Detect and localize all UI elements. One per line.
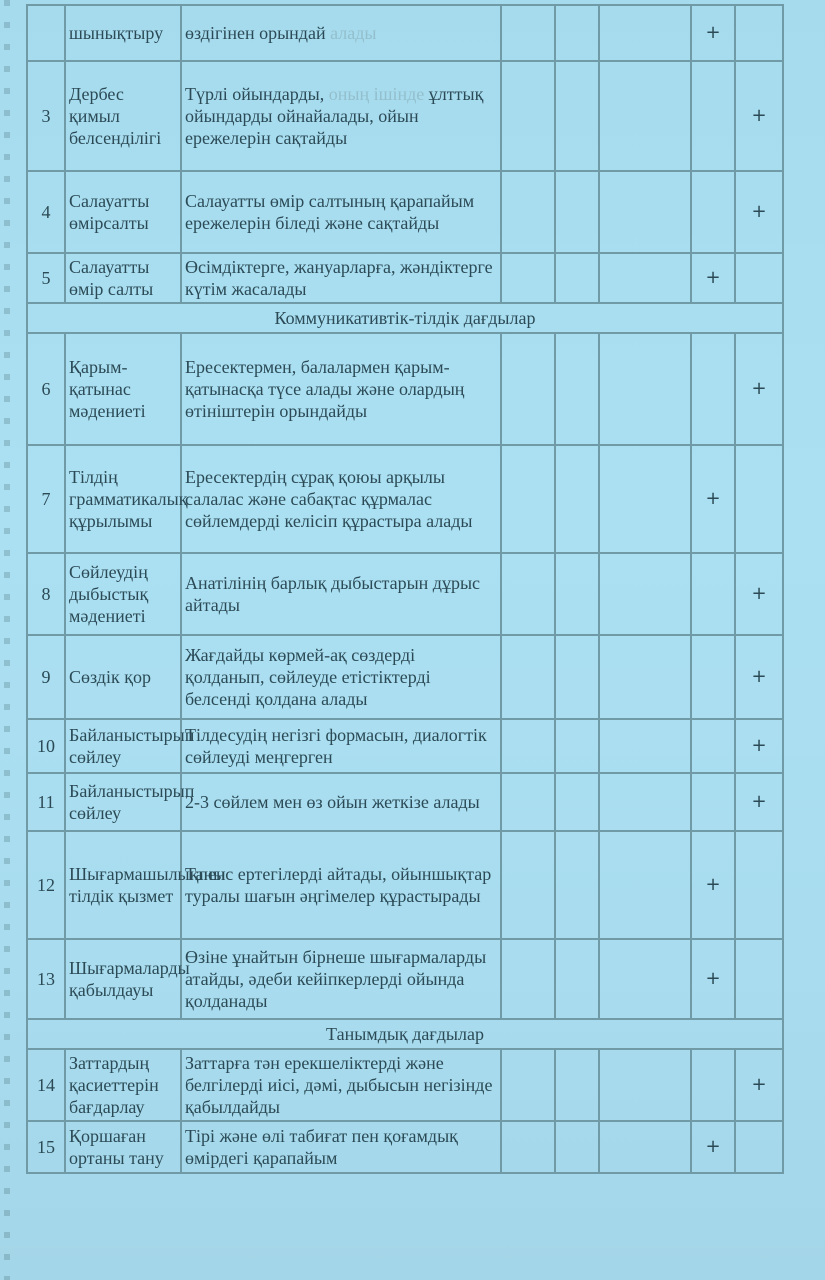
empty-mark-cell bbox=[501, 635, 555, 719]
empty-mark-cell bbox=[599, 1121, 691, 1173]
development-area: Салауатты өмірсалты bbox=[65, 171, 181, 253]
empty-mark-cell bbox=[501, 5, 555, 61]
empty-mark-cell bbox=[501, 1049, 555, 1121]
table-row: 9Сөздік қорЖағдайды көрмей-ақ сөздерді қ… bbox=[27, 635, 783, 719]
empty-mark-cell bbox=[691, 61, 735, 171]
empty-mark-cell bbox=[735, 445, 783, 553]
description-text: Жағдайды көрмей-ақ сөздерді қолданып, сө… bbox=[185, 645, 431, 709]
skill-description: Өсімдіктерге, жануарларға, жәндіктерге к… bbox=[181, 253, 501, 303]
empty-mark-cell bbox=[691, 553, 735, 635]
table-row: 10Байланыстырып сөйлеуТілдесудің негізгі… bbox=[27, 719, 783, 773]
empty-mark-cell bbox=[735, 253, 783, 303]
empty-mark-cell bbox=[691, 773, 735, 831]
skill-description: Жағдайды көрмей-ақ сөздерді қолданып, сө… bbox=[181, 635, 501, 719]
assessment-table: шынықтыруөздігінен орындай алады+3Дербес… bbox=[26, 4, 784, 1174]
plus-mark-icon: + bbox=[691, 831, 735, 939]
development-area: Сөздік қор bbox=[65, 635, 181, 719]
table-row: 6Қарым-қатынас мәдениетіЕресектермен, ба… bbox=[27, 333, 783, 445]
row-number: 7 bbox=[27, 445, 65, 553]
empty-mark-cell bbox=[735, 1121, 783, 1173]
plus-mark-icon: + bbox=[691, 939, 735, 1019]
development-area: Байланыстырып сөйлеу bbox=[65, 719, 181, 773]
development-area: Байланыстырып сөйлеу bbox=[65, 773, 181, 831]
row-number: 15 bbox=[27, 1121, 65, 1173]
section-title: Коммуникативтік-тілдік дағдылар bbox=[27, 303, 783, 333]
empty-mark-cell bbox=[501, 171, 555, 253]
row-number: 8 bbox=[27, 553, 65, 635]
development-area: Қарым-қатынас мәдениеті bbox=[65, 333, 181, 445]
empty-mark-cell bbox=[555, 831, 599, 939]
table-row: 15Қоршаған ортаны тануТірі және өлі таби… bbox=[27, 1121, 783, 1173]
empty-mark-cell bbox=[735, 831, 783, 939]
empty-mark-cell bbox=[599, 253, 691, 303]
plus-mark-icon: + bbox=[691, 1121, 735, 1173]
empty-mark-cell bbox=[735, 5, 783, 61]
description-text: өздігінен орындай bbox=[185, 23, 326, 43]
skill-description: Анатілінің барлық дыбыстарын дұрыс айтад… bbox=[181, 553, 501, 635]
description-text: Түрлі ойындарды, bbox=[185, 84, 324, 104]
table-row: 11Байланыстырып сөйлеу2-3 сөйлем мен өз … bbox=[27, 773, 783, 831]
row-number: 9 bbox=[27, 635, 65, 719]
row-number: 13 bbox=[27, 939, 65, 1019]
skill-description: 2-3 сөйлем мен өз ойын жеткізе алады bbox=[181, 773, 501, 831]
empty-mark-cell bbox=[691, 1049, 735, 1121]
table-row: 14Заттардың қасиеттерін бағдарлауЗаттарғ… bbox=[27, 1049, 783, 1121]
empty-mark-cell bbox=[501, 445, 555, 553]
row-number: 6 bbox=[27, 333, 65, 445]
plus-mark-icon: + bbox=[735, 333, 783, 445]
description-text: Өсімдіктерге, жануарларға, жәндіктерге к… bbox=[185, 257, 493, 299]
empty-mark-cell bbox=[599, 553, 691, 635]
development-area: Тілдің грамматикалық құрылымы bbox=[65, 445, 181, 553]
empty-mark-cell bbox=[599, 939, 691, 1019]
development-area: Сөйлеудің дыбыстық мәдениеті bbox=[65, 553, 181, 635]
development-area: Салауатты өмір салты bbox=[65, 253, 181, 303]
empty-mark-cell bbox=[599, 1049, 691, 1121]
plus-mark-icon: + bbox=[691, 445, 735, 553]
empty-mark-cell bbox=[501, 333, 555, 445]
plus-mark-icon: + bbox=[735, 1049, 783, 1121]
empty-mark-cell bbox=[555, 719, 599, 773]
empty-mark-cell bbox=[691, 171, 735, 253]
development-area: Заттардың қасиеттерін бағдарлау bbox=[65, 1049, 181, 1121]
row-number: 4 bbox=[27, 171, 65, 253]
row-number: 14 bbox=[27, 1049, 65, 1121]
empty-mark-cell bbox=[501, 253, 555, 303]
empty-mark-cell bbox=[501, 719, 555, 773]
empty-mark-cell bbox=[501, 1121, 555, 1173]
empty-mark-cell bbox=[599, 61, 691, 171]
row-number: 12 bbox=[27, 831, 65, 939]
plus-mark-icon: + bbox=[735, 171, 783, 253]
plus-mark-icon: + bbox=[735, 773, 783, 831]
description-text: Анатілінің барлық дыбыстарын дұрыс айтад… bbox=[185, 573, 480, 615]
section-title: Танымдық дағдылар bbox=[27, 1019, 783, 1049]
empty-mark-cell bbox=[599, 333, 691, 445]
empty-mark-cell bbox=[555, 773, 599, 831]
empty-mark-cell bbox=[555, 1049, 599, 1121]
row-number: 5 bbox=[27, 253, 65, 303]
skill-description: Тірі және өлі табиғат пен қоғамдық өмірд… bbox=[181, 1121, 501, 1173]
description-text: Таныс ертегілерді айтады, ойыншықтар тур… bbox=[185, 864, 491, 906]
development-area: Шығармашылықпен тілдік қызмет bbox=[65, 831, 181, 939]
plus-mark-icon: + bbox=[691, 5, 735, 61]
table-row: 4Салауатты өмірсалтыСалауатты өмір салты… bbox=[27, 171, 783, 253]
plus-mark-icon: + bbox=[735, 635, 783, 719]
description-text: Өзіне ұнайтын бірнеше шығармаларды атайд… bbox=[185, 947, 486, 1011]
description-text: 2-3 сөйлем мен өз ойын жеткізе алады bbox=[185, 792, 480, 812]
skill-description: Салауатты өмір салтының қарапайым ережел… bbox=[181, 171, 501, 253]
description-text: Заттарға тән ерекшеліктерді және белгіле… bbox=[185, 1053, 492, 1117]
empty-mark-cell bbox=[555, 1121, 599, 1173]
skill-description: Таныс ертегілерді айтады, ойыншықтар тур… bbox=[181, 831, 501, 939]
empty-mark-cell bbox=[599, 635, 691, 719]
skill-description: Түрлі ойындарды, оның ішінде ұлттық ойын… bbox=[181, 61, 501, 171]
description-faded-text: алады bbox=[330, 23, 376, 43]
empty-mark-cell bbox=[555, 939, 599, 1019]
table-row: 7Тілдің грамматикалық құрылымыЕресектерд… bbox=[27, 445, 783, 553]
row-number: 3 bbox=[27, 61, 65, 171]
description-text: Ересектердің сұрақ қоюы арқылы салалас ж… bbox=[185, 467, 473, 531]
plus-mark-icon: + bbox=[735, 61, 783, 171]
table-row: 8Сөйлеудің дыбыстық мәдениетіАнатілінің … bbox=[27, 553, 783, 635]
table-row: 13Шығармаларды қабылдауыӨзіне ұнайтын бі… bbox=[27, 939, 783, 1019]
skill-description: Өзіне ұнайтын бірнеше шығармаларды атайд… bbox=[181, 939, 501, 1019]
empty-mark-cell bbox=[735, 939, 783, 1019]
plus-mark-icon: + bbox=[735, 719, 783, 773]
row-number bbox=[27, 5, 65, 61]
description-text: Тірі және өлі табиғат пен қоғамдық өмірд… bbox=[185, 1126, 458, 1168]
table-row: шынықтыруөздігінен орындай алады+ bbox=[27, 5, 783, 61]
empty-mark-cell bbox=[599, 5, 691, 61]
empty-mark-cell bbox=[599, 831, 691, 939]
empty-mark-cell bbox=[691, 333, 735, 445]
plus-mark-icon: + bbox=[691, 253, 735, 303]
section-header-row: Танымдық дағдылар bbox=[27, 1019, 783, 1049]
empty-mark-cell bbox=[555, 635, 599, 719]
empty-mark-cell bbox=[555, 333, 599, 445]
empty-mark-cell bbox=[555, 253, 599, 303]
empty-mark-cell bbox=[555, 5, 599, 61]
description-text: Ересектермен, балалармен қарым-қатынасқа… bbox=[185, 357, 464, 421]
development-area: Қоршаған ортаны тану bbox=[65, 1121, 181, 1173]
empty-mark-cell bbox=[555, 171, 599, 253]
description-text: Салауатты өмір салтының қарапайым ережел… bbox=[185, 191, 474, 233]
plus-mark-icon: + bbox=[735, 553, 783, 635]
empty-mark-cell bbox=[555, 445, 599, 553]
skill-description: өздігінен орындай алады bbox=[181, 5, 501, 61]
empty-mark-cell bbox=[555, 553, 599, 635]
section-header-row: Коммуникативтік-тілдік дағдылар bbox=[27, 303, 783, 333]
development-area: Шығармаларды қабылдауы bbox=[65, 939, 181, 1019]
empty-mark-cell bbox=[501, 939, 555, 1019]
skill-description: Ересектердің сұрақ қоюы арқылы салалас ж… bbox=[181, 445, 501, 553]
table-row: 3Дербес қимыл белсенділігіТүрлі ойындард… bbox=[27, 61, 783, 171]
empty-mark-cell bbox=[691, 719, 735, 773]
empty-mark-cell bbox=[555, 61, 599, 171]
skill-description: Тілдесудің негізгі формасын, диалогтік с… bbox=[181, 719, 501, 773]
empty-mark-cell bbox=[501, 831, 555, 939]
row-number: 11 bbox=[27, 773, 65, 831]
table-row: 5Салауатты өмір салтыӨсімдіктерге, жануа… bbox=[27, 253, 783, 303]
empty-mark-cell bbox=[691, 635, 735, 719]
empty-mark-cell bbox=[599, 445, 691, 553]
description-faded-text: оның ішінде bbox=[329, 84, 425, 104]
binding-holes bbox=[4, 0, 10, 1280]
skill-description: Заттарға тән ерекшеліктерді және белгіле… bbox=[181, 1049, 501, 1121]
description-text: Тілдесудің негізгі формасын, диалогтік с… bbox=[185, 725, 487, 767]
scanned-page: шынықтыруөздігінен орындай алады+3Дербес… bbox=[0, 0, 825, 1280]
empty-mark-cell bbox=[501, 773, 555, 831]
table-row: 12Шығармашылықпен тілдік қызметТаныс ерт… bbox=[27, 831, 783, 939]
empty-mark-cell bbox=[501, 61, 555, 171]
empty-mark-cell bbox=[599, 773, 691, 831]
row-number: 10 bbox=[27, 719, 65, 773]
development-area: Дербес қимыл белсенділігі bbox=[65, 61, 181, 171]
empty-mark-cell bbox=[599, 719, 691, 773]
empty-mark-cell bbox=[501, 553, 555, 635]
empty-mark-cell bbox=[599, 171, 691, 253]
development-area: шынықтыру bbox=[65, 5, 181, 61]
skill-description: Ересектермен, балалармен қарым-қатынасқа… bbox=[181, 333, 501, 445]
